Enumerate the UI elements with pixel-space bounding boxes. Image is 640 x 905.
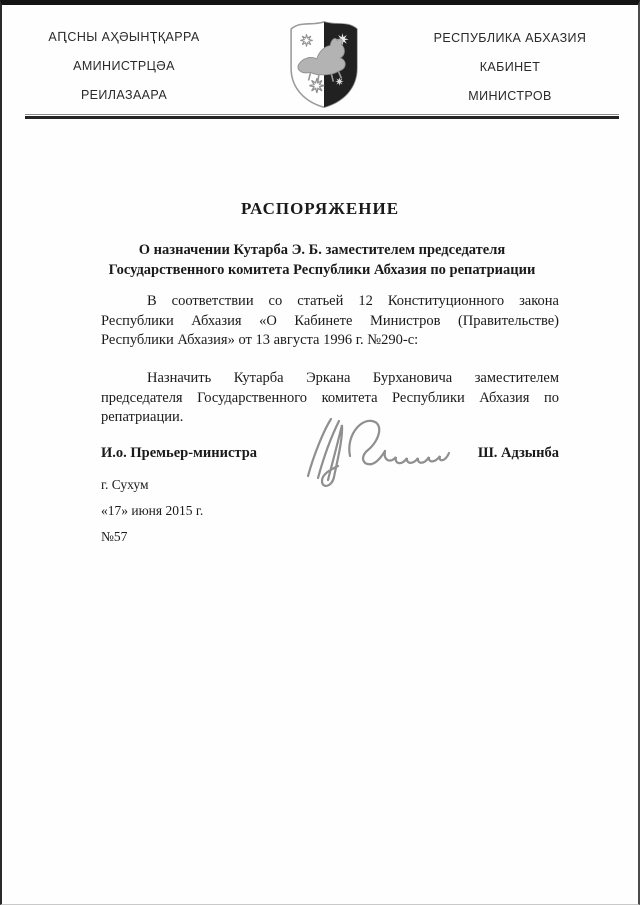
abkhazia-coat-of-arms-icon (288, 16, 360, 110)
subject-line: Государственного комитета Республики Абх… (87, 260, 557, 280)
signatory-position-label: И.о. Премьер-министра (101, 445, 257, 462)
header-right-line: МИНИСТРОВ (410, 89, 610, 103)
header-left-line: АМИНИСТРЦӘА (24, 59, 224, 73)
handwritten-signature (278, 410, 456, 492)
body-paragraph: В соответствии со статьей 12 Конституцио… (101, 292, 559, 351)
document-number: №57 (101, 529, 127, 545)
header-right-russian: РЕСПУБЛИКА АБХАЗИЯ КАБИНЕТ МИНИСТРОВ (410, 31, 610, 118)
header-left-line: АԤСНЫ АҲӘЫНҬҚАРРА (24, 29, 224, 44)
header-right-line: КАБИНЕТ (410, 60, 610, 74)
header-left-line: РЕИЛАЗААРА (24, 88, 224, 102)
header-divider-rule (25, 114, 619, 119)
document-place: г. Сухум (101, 477, 149, 493)
scanned-document-page: АԤСНЫ АҲӘЫНҬҚАРРА АМИНИСТРЦӘА РЕИЛАЗААРА… (0, 0, 640, 905)
document-date: «17» июня 2015 г. (101, 503, 203, 519)
document-title: РАСПОРЯЖЕНИЕ (2, 199, 638, 219)
header-left-abkhaz: АԤСНЫ АҲӘЫНҬҚАРРА АМИНИСТРЦӘА РЕИЛАЗААРА (24, 29, 224, 117)
subject-line: О назначении Кутарба Э. Б. заместителем … (87, 240, 557, 260)
signatory-name: Ш. Адзынба (478, 445, 559, 462)
document-subject: О назначении Кутарба Э. Б. заместителем … (87, 240, 557, 280)
header-right-line: РЕСПУБЛИКА АБХАЗИЯ (410, 31, 610, 45)
